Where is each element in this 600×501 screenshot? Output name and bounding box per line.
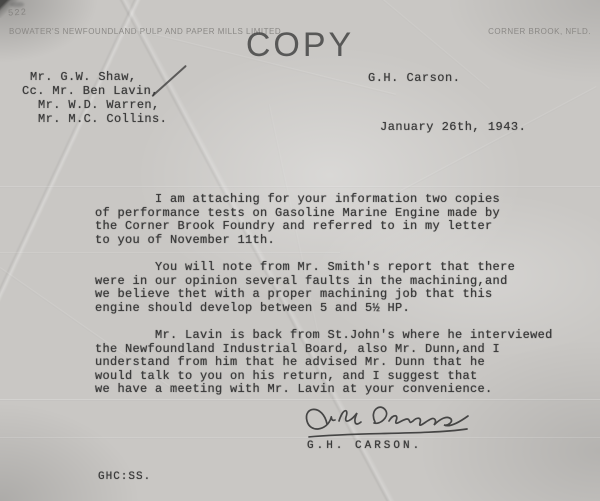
letter-document: 522 BOWATER'S NEWFOUNDLAND PULP AND PAPE… [0,0,600,501]
recipient-line: Mr. M.C. Collins. [22,112,167,126]
pencil-smudge [10,2,24,7]
copy-stamp: COPY [0,26,600,65]
recipient-list: Mr. G.W. Shaw, Cc. Mr. Ben Lavin, Mr. W.… [22,70,167,126]
sender-name: G.H. Carson. [368,71,460,85]
recipient-line: Mr. W.D. Warren, [22,98,167,112]
paper-crease [0,186,600,188]
letter-date: January 26th, 1943. [380,120,526,134]
paper-crease [393,86,597,196]
paragraph-3: Mr. Lavin is back from St.John's where h… [95,329,553,397]
typist-initials: GHC:SS. [98,471,151,483]
paragraph-2: You will note from Mr. Smith's report th… [95,261,515,315]
recipient-line: Cc. Mr. Ben Lavin, [22,84,167,98]
recipient-line: Mr. G.W. Shaw, [22,70,167,84]
paper-crease [0,252,340,254]
paragraph-1: I am attaching for your information two … [95,193,500,247]
typed-signature: G.H. CARSON. [307,440,422,452]
corner-note: 522 [8,7,28,18]
